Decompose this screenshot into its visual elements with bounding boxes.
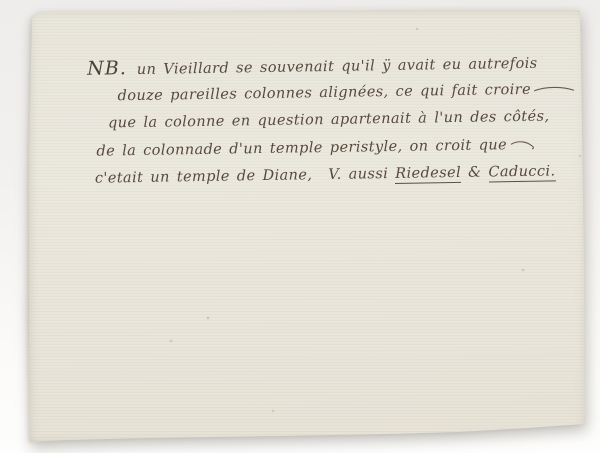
manuscript-line-4-text: de la colonnade d'un temple peristyle, o… (96, 137, 507, 159)
reference-riedesel: Riedesel (395, 165, 461, 184)
see-also-abbreviation: V. aussi (328, 166, 388, 183)
manuscript-line-3-text: que la colonne en question apartenait à … (108, 109, 550, 132)
manuscript-text: NB.un Vieillard se souvenait qu'il ÿ ava… (87, 48, 569, 193)
manuscript-scan: NB.un Vieillard se souvenait qu'il ÿ ava… (0, 0, 600, 453)
nota-bene: NB. (87, 57, 127, 80)
pen-flourish (510, 138, 536, 150)
pen-flourish (534, 84, 576, 95)
reference-caducci: Caducci. (488, 163, 555, 182)
manuscript-line-5-text: c'etait un temple de Diane, (95, 167, 313, 186)
manuscript-line-2-text: douze pareilles colonnes alignées, ce qu… (117, 81, 531, 103)
manuscript-line-1-text: un Vieillard se souvenait qu'il ÿ avait … (137, 56, 538, 78)
ampersand: & (468, 165, 482, 181)
